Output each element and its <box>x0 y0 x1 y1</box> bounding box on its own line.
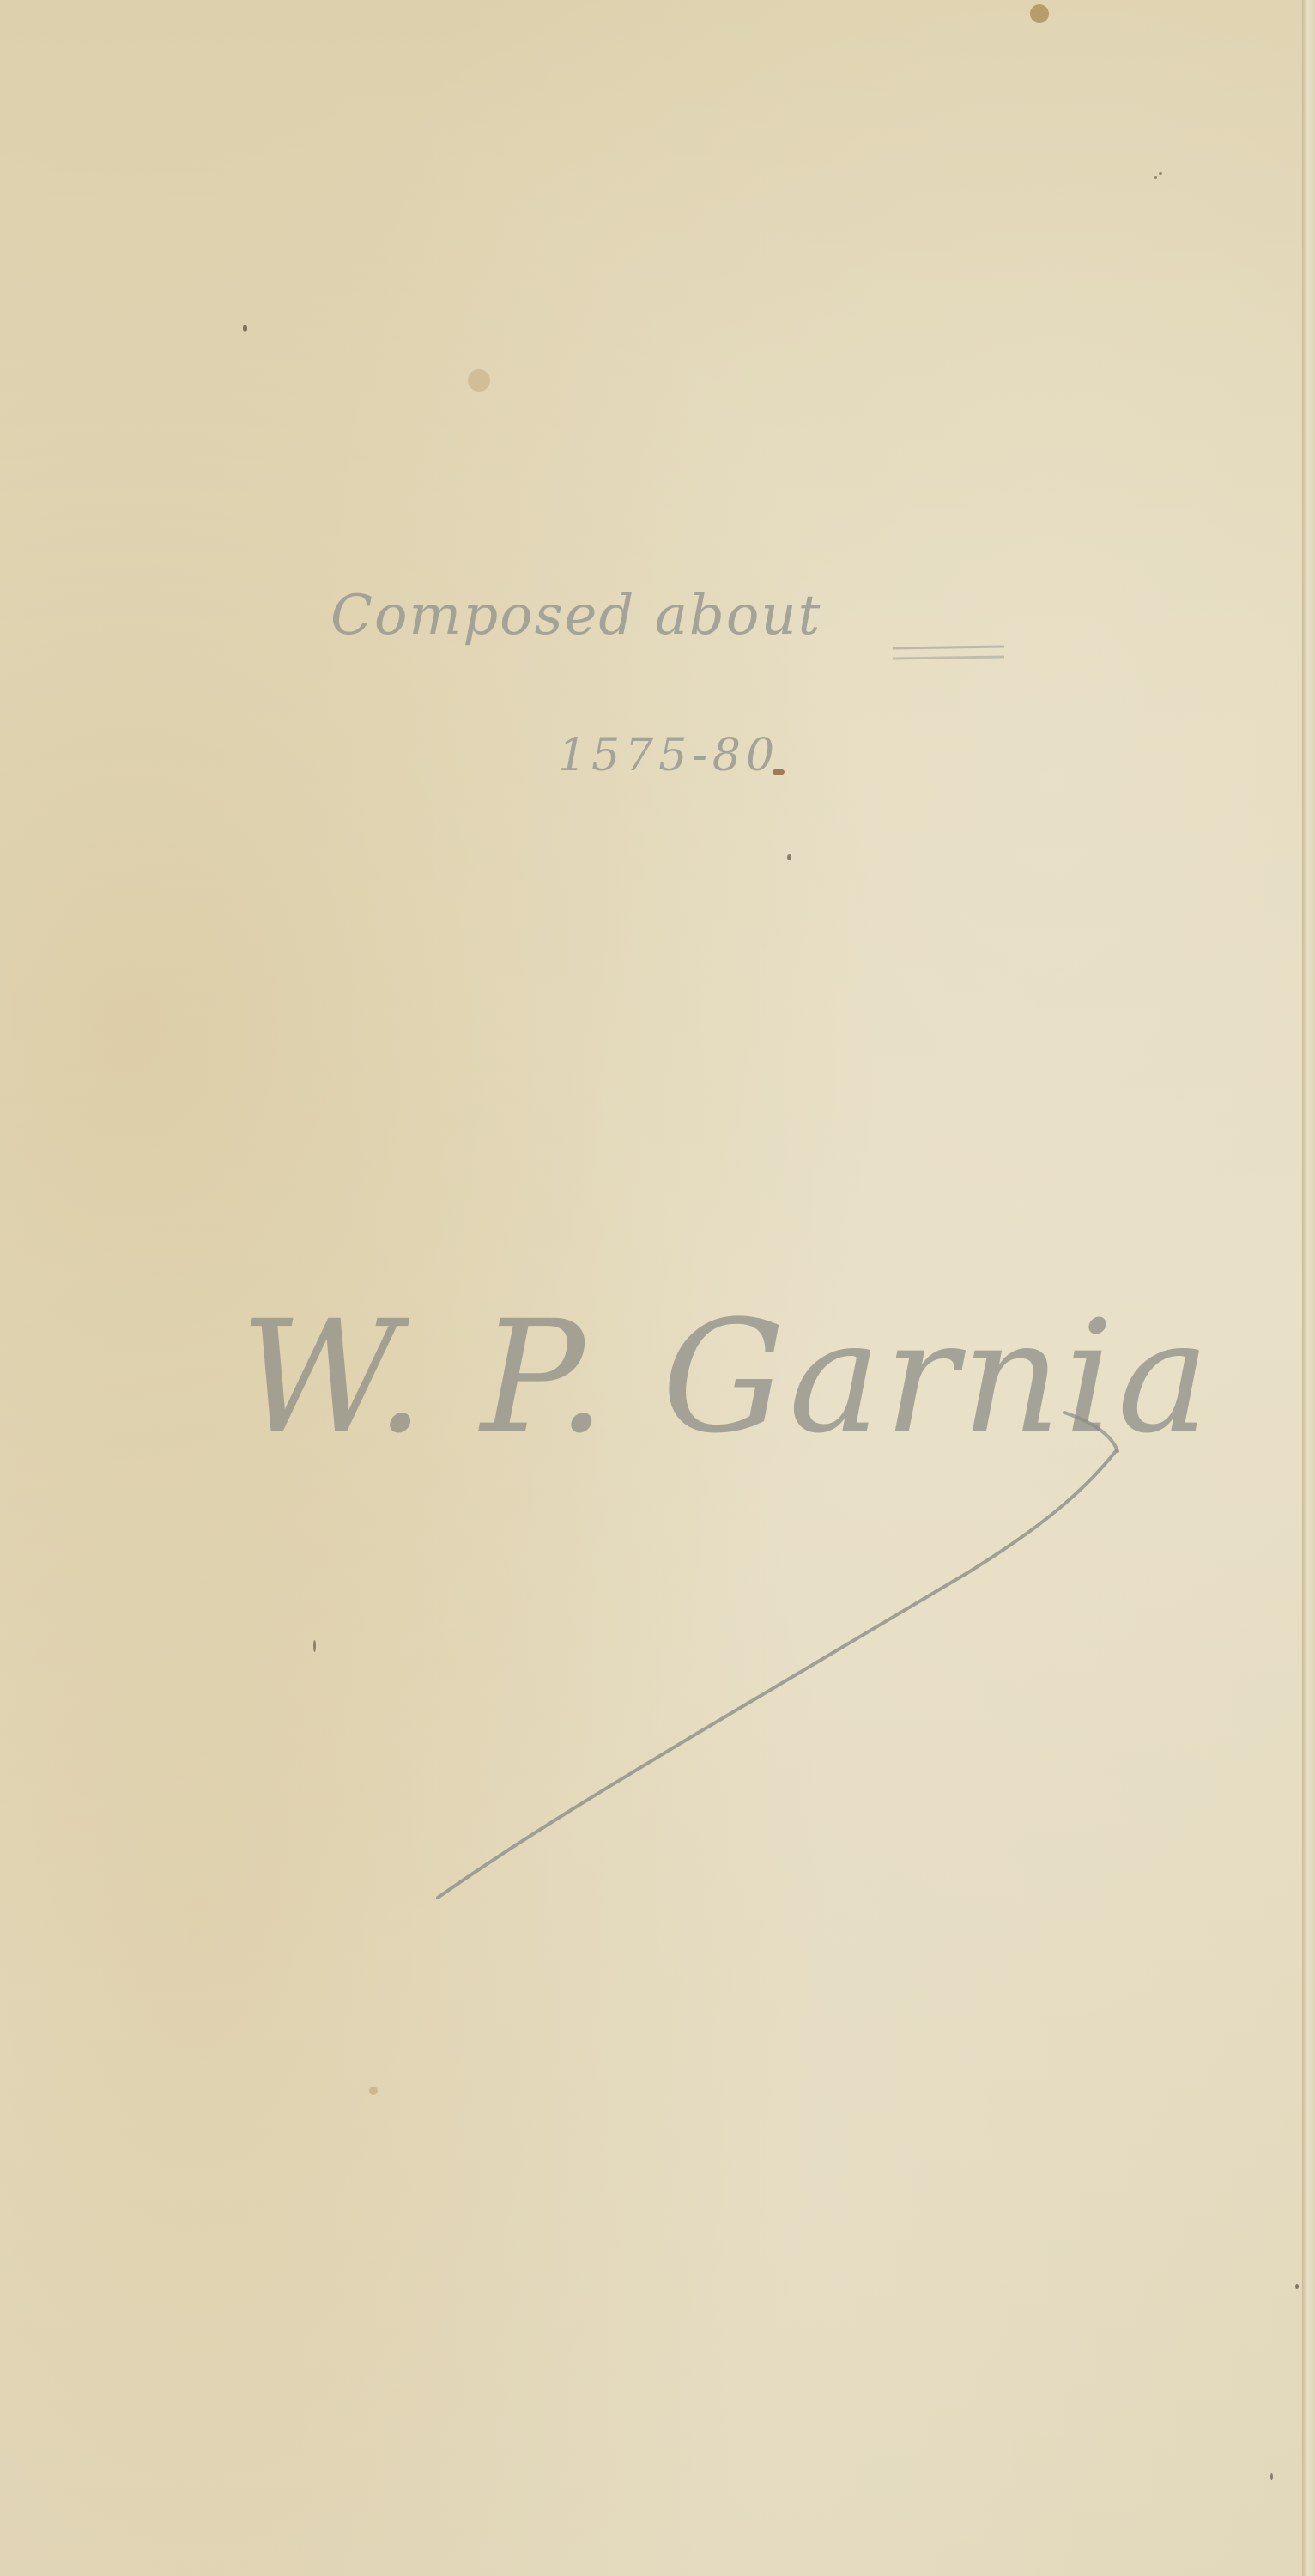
foxing-spot <box>1270 2473 1273 2480</box>
inscription-line-2: 1575-80 <box>558 730 779 781</box>
foxing-spot <box>1159 172 1162 175</box>
foxing-spot <box>1030 4 1049 23</box>
foxing-spot <box>243 325 247 332</box>
signature: W. P. Garnia <box>215 1236 1159 1941</box>
document-page: Composed about 1575-80 W. P. Garnia <box>0 0 1315 2576</box>
underline-strike-icon <box>893 640 1013 665</box>
foxing-spot <box>468 369 490 392</box>
page-edge <box>1302 0 1315 2576</box>
foxing-spot <box>787 854 791 860</box>
signature-flourish-icon <box>215 1236 1159 1941</box>
foxing-spot <box>1295 2284 1299 2289</box>
foxing-spot <box>1154 176 1157 179</box>
inscription-line-1: Composed about <box>330 584 821 647</box>
foxing-spot <box>369 2087 378 2095</box>
